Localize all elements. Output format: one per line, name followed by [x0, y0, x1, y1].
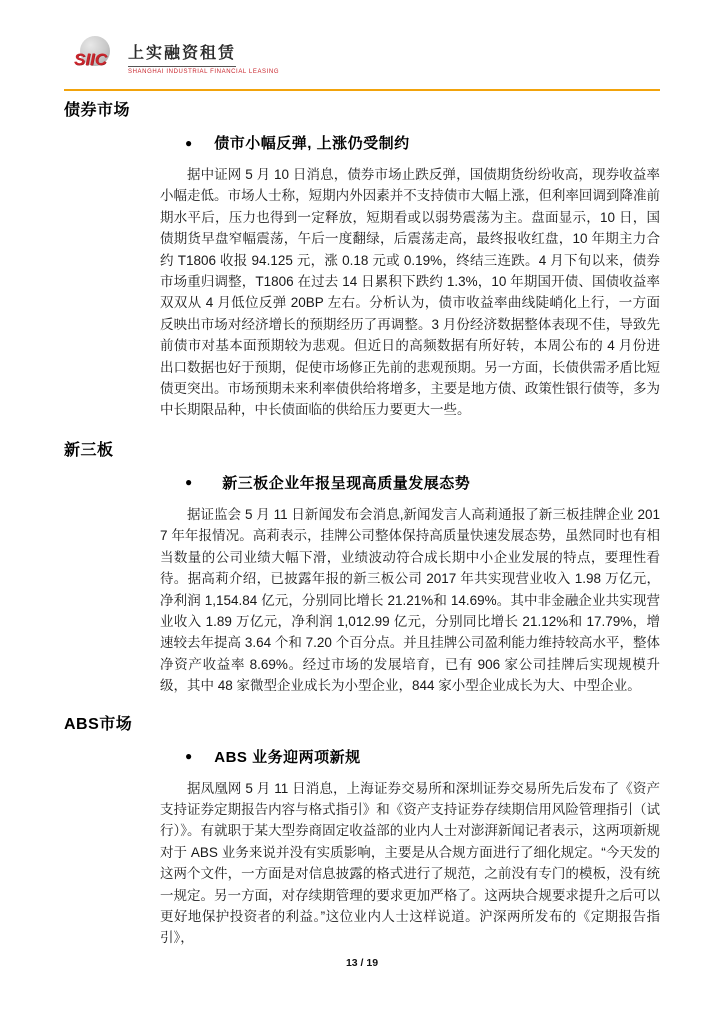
section-bond-market: 债券市场 ● 债市小幅反弹, 上涨仍受制约 据中证网 5 月 10 日消息，债券…: [64, 97, 660, 421]
section-neeq: 新三板 ● 新三板企业年报呈现高质量发展态势 据证监会 5 月 11 日新闻发布…: [64, 437, 660, 697]
bullet-headline-row: ● ABS 业务迎两项新规: [185, 746, 660, 767]
bullet-headline-row: ● 新三板企业年报呈现高质量发展态势: [185, 472, 660, 493]
news-body-paragraph: 据证监会 5 月 11 日新闻发布会消息,新闻发言人高莉通报了新三板挂牌企业 2…: [160, 504, 660, 697]
section-title: ABS市场: [64, 711, 660, 734]
section-abs-market: ABS市场 ● ABS 业务迎两项新规 据凤凰网 5 月 11 日消息，上海证券…: [64, 711, 660, 949]
header-divider-line: [64, 89, 660, 91]
section-title: 债券市场: [64, 97, 660, 120]
news-headline: 新三板企业年报呈现高质量发展态势: [222, 472, 470, 493]
siic-wordmark: SIIC: [74, 50, 107, 70]
page-number: 13 / 19: [346, 957, 378, 969]
company-logo: SIIC 上实融资租赁 SHANGHAI INDUSTRIAL FINANCIA…: [74, 36, 660, 82]
news-headline: ABS 业务迎两项新规: [214, 746, 360, 767]
bullet-icon: ●: [185, 137, 192, 149]
bullet-icon: ●: [185, 750, 192, 762]
bullet-headline-row: ● 债市小幅反弹, 上涨仍受制约: [185, 132, 660, 153]
logo-name-english: SHANGHAI INDUSTRIAL FINANCIAL LEASING: [128, 69, 279, 75]
siic-logo-icon: SIIC: [74, 36, 120, 72]
bullet-icon: ●: [185, 476, 192, 488]
section-title: 新三板: [64, 437, 660, 460]
logo-name-chinese: 上实融资租赁: [128, 40, 236, 67]
page-header: SIIC 上实融资租赁 SHANGHAI INDUSTRIAL FINANCIA…: [64, 36, 660, 91]
document-page: SIIC 上实融资租赁 SHANGHAI INDUSTRIAL FINANCIA…: [0, 0, 724, 1023]
news-body-paragraph: 据凤凰网 5 月 11 日消息，上海证券交易所和深圳证券交易所先后发布了《资产支…: [160, 778, 660, 949]
logo-text-block: 上实融资租赁 SHANGHAI INDUSTRIAL FINANCIAL LEA…: [128, 36, 279, 75]
news-body-paragraph: 据中证网 5 月 10 日消息，债券市场止跌反弹，国债期货纷纷收高，现券收益率小…: [160, 164, 660, 421]
news-headline: 债市小幅反弹, 上涨仍受制约: [214, 132, 409, 153]
page-footer: 13 / 19: [0, 953, 724, 971]
